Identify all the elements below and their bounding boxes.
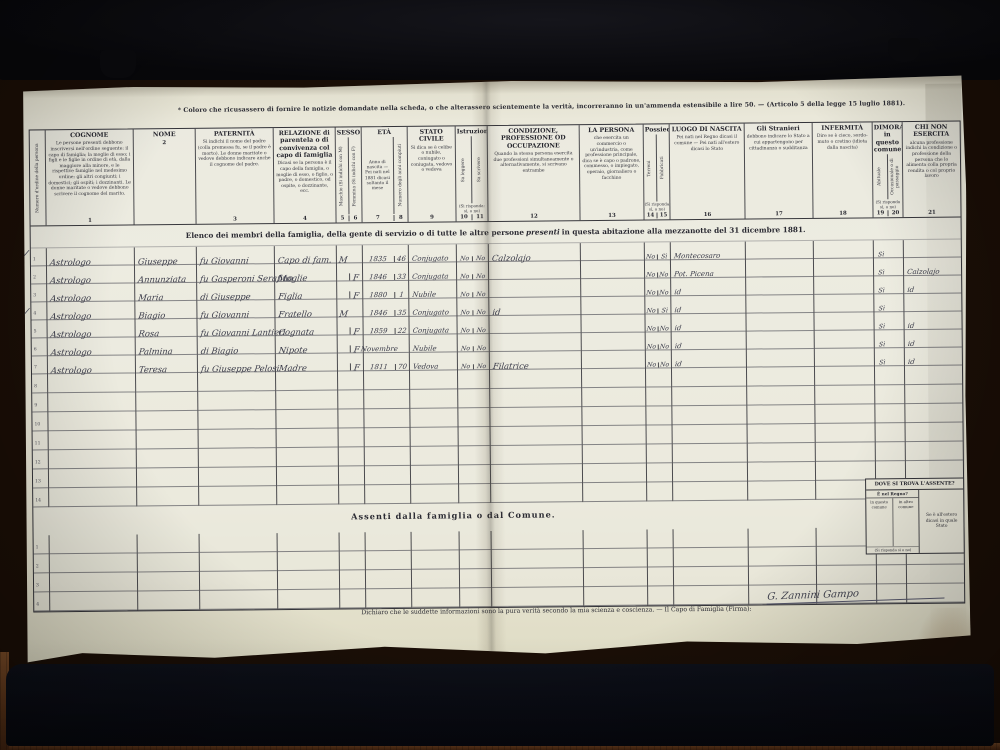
row-number: 7 [34, 367, 37, 372]
handwritten-paternita: di Biagio [197, 346, 239, 355]
dimora-sub-cell: Sì [875, 342, 889, 347]
cell-nome: Annunziata [135, 265, 196, 284]
cell-nome [138, 553, 199, 573]
cell-stato [411, 446, 458, 465]
cell-sesso: F [337, 263, 362, 281]
cell-sesso [340, 532, 365, 551]
handwritten-luogo: id [671, 325, 682, 332]
cell-chinon [906, 423, 963, 443]
cell-possiede: NoNo [646, 332, 671, 350]
handwritten-nome: Biagio [135, 311, 166, 320]
cell-stranieri [748, 462, 815, 482]
cell-stranieri [748, 424, 815, 444]
possiede-sub-number: 15 [656, 212, 669, 218]
cell-persona [583, 426, 646, 446]
cell-eta [364, 371, 409, 390]
cell-relazione: Nipote [276, 336, 337, 355]
cell-paternita [198, 372, 275, 392]
header-luogo: LUOGO DI NASCITAPei nati nel Regno dicas… [670, 124, 746, 220]
cell-eta [365, 428, 410, 447]
cell-persona [584, 530, 647, 550]
cognome-column-number: 1 [47, 216, 134, 225]
handwritten-scrive: No [477, 364, 487, 370]
list-caption-post: in questa abitazione alla mezzanotte del… [562, 225, 806, 236]
dimora-sub-cell: Sì [875, 324, 889, 329]
absent-box-sub-left: in questo comune [866, 498, 892, 546]
sesso-sub: Femmina (Si indichi con F) [348, 138, 362, 215]
handwritten-luogo: Montecosaro [671, 253, 721, 260]
row-number: 4 [36, 604, 39, 609]
possiede-sub-cell: No [658, 362, 671, 367]
handwritten-paternita: fu Giovanni [197, 310, 250, 319]
row-number-column-label: Numero d'ordine della persona [35, 143, 41, 212]
sesso-sub-label: Femmina (Si indichi con F) [352, 146, 358, 206]
handwritten-luogo: id [672, 361, 683, 368]
cell-luogo: id [672, 332, 746, 351]
handwritten-fabbricati: No [659, 272, 669, 278]
column-dimora: SìSìSìSìSìSìSì [874, 240, 906, 499]
cell-eta [364, 409, 409, 428]
possiede-sub-label: Fabbricati [660, 157, 665, 180]
cell-paternita: fu Gasperoni Serafino [197, 264, 274, 283]
handwritten-chinon: Calzolajo [904, 269, 940, 276]
handwritten-nome: Palmina [135, 347, 173, 356]
absent-column-num: 1234 [34, 535, 51, 611]
absent-column-paternita [200, 533, 279, 610]
luogo-column-number: 16 [670, 211, 744, 220]
cell-dimora [876, 442, 905, 461]
handwritten-fabbricati: No [659, 290, 669, 296]
cell-cognome [50, 591, 137, 611]
cell-relazione [277, 467, 338, 487]
cell-possiede [647, 463, 672, 482]
cell-possiede [647, 482, 672, 501]
handwritten-scrive: No [476, 346, 486, 352]
relazione-number: 4 [275, 216, 336, 223]
cell-stranieri [747, 367, 814, 387]
handwritten-fabbricati: No [660, 362, 670, 368]
stato-number: 9 [408, 214, 455, 220]
cell-stranieri [748, 481, 815, 501]
cell-num: 7 [32, 356, 47, 374]
cell-stato [411, 484, 458, 503]
cell-sesso [340, 589, 365, 608]
cell-relazione [277, 486, 338, 506]
cell-eta [364, 390, 409, 409]
cell-paternita [199, 448, 276, 468]
cell-eta: Novembre [364, 335, 409, 353]
handwritten-legge: No [459, 256, 469, 262]
cell-stato: Conjugata [409, 262, 456, 280]
cell-stato [412, 569, 459, 588]
handwritten-scrive: No [476, 310, 486, 316]
istruzione-sub-cell: No [458, 364, 473, 369]
eta-subcolumns: Anno di nascita — Pei nati nel 1881 dica… [362, 137, 408, 214]
cell-infermita [815, 404, 874, 424]
cell-eta [366, 551, 411, 570]
absent-column-eta [366, 532, 413, 608]
handwritten-sesso_f: F [353, 327, 360, 335]
cell-stranieri [747, 331, 814, 350]
possiede-sub-cell: Sì [657, 254, 670, 259]
cell-persona [582, 407, 645, 427]
relazione-desc: Dicasi se la persona è il capo della fam… [274, 160, 336, 215]
cell-stato [410, 370, 457, 389]
handwritten-condizione: Calzolajo [488, 253, 531, 262]
header-num: Numero d'ordine della persona [30, 130, 47, 225]
paternita-number: 3 [197, 216, 274, 223]
handwritten-cognome: Astrologo [46, 257, 91, 266]
possiede-sub-number: 14 [644, 212, 656, 218]
handwritten-cognome: Astrologo [47, 347, 92, 356]
cell-eta: 183546 [363, 245, 408, 263]
cell-stato [411, 427, 458, 446]
cell-infermita [814, 312, 873, 331]
cell-sesso [338, 371, 363, 390]
header-cognome: COGNOMELe persone presenti debbono inscr… [46, 129, 135, 225]
header-sesso: SESSOMaschio (Si indichi con M)Femmina (… [336, 127, 363, 222]
cell-dimora [877, 565, 906, 584]
census-sheet: * Coloro che ricusassero di fornire le n… [20, 75, 971, 666]
cell-luogo [674, 586, 748, 606]
eta-sub-cell: 1846 [363, 310, 394, 316]
handwritten-legge: No [460, 346, 470, 352]
eta-sub-cell: 1811 [364, 364, 395, 370]
possiede-sub-cell: No [657, 290, 670, 295]
cell-sesso: F [338, 353, 363, 371]
cell-stranieri [747, 349, 814, 368]
eta-sub-cell: 1859 [364, 328, 395, 334]
header-relazione: RELAZIONE di parentela o di convivenza c… [274, 128, 337, 224]
sesso-sub-cell: M [337, 309, 349, 317]
cell-stranieri [746, 241, 813, 260]
cell-dimora: Sì [874, 240, 903, 258]
row-number: 5 [34, 331, 37, 336]
cell-nome: Biagio [135, 301, 196, 320]
absent-box-body: È nel Regno? in questo comune in altro c… [866, 490, 964, 554]
cell-cognome [50, 572, 137, 592]
sesso-sub-cell: F [349, 273, 362, 281]
cell-cognome [48, 373, 135, 393]
cell-stato [411, 465, 458, 484]
cell-possiede: NoNo [645, 278, 670, 296]
cell-possiede: NoNo [645, 314, 670, 332]
possiede-sub-cell: No [646, 326, 658, 331]
cell-sesso [339, 428, 364, 447]
istruzione-sub-number: 10 [456, 214, 471, 220]
cell-sesso [340, 551, 365, 570]
eta-sub-number: 8 [393, 215, 407, 221]
paternita-desc: Si indichi il nome del padre (colla prem… [196, 138, 274, 215]
absent-box-regno: È nel Regno? in questo comune in altro c… [866, 490, 920, 554]
handwritten-anni: 22 [397, 328, 407, 335]
handwritten-dim_ab: Sì [878, 306, 885, 312]
cell-paternita [198, 410, 275, 430]
handwritten-nome: Teresa [135, 365, 167, 374]
handwritten-paternita: di Giuseppe [197, 292, 251, 301]
handwritten-terreni: No [646, 272, 656, 278]
cell-nome [137, 487, 198, 507]
handwritten-cognome: Astrologo [47, 293, 92, 302]
cell-eta [366, 589, 411, 608]
absent-section-title: Assenti dalla famiglia o dal Comune. [33, 506, 873, 524]
handwritten-terreni: No [647, 344, 657, 350]
row-number: 1 [36, 547, 39, 552]
cell-luogo: id [672, 350, 746, 369]
cell-paternita: fu Giuseppe Pelosi [198, 354, 275, 373]
cell-dimora: Sì [875, 330, 904, 348]
list-caption-em: presenti [524, 227, 562, 236]
cell-relazione: Moglie [275, 264, 336, 283]
cell-cognome: Astrologo [47, 265, 134, 284]
cell-num: 1 [34, 535, 49, 554]
handwritten-nome: Maria [135, 293, 164, 302]
handwritten-anno: Novembre [360, 346, 398, 353]
chinon-number: 21 [903, 210, 960, 217]
eta-sub-cell: 35 [394, 310, 408, 316]
cell-eta: 184633 [363, 263, 408, 281]
eta-sub-cell: 1 [394, 292, 408, 298]
cell-paternita [200, 571, 277, 591]
cell-nome [137, 430, 198, 450]
handwritten-dim_ab: Sì [878, 342, 885, 348]
cell-sesso [339, 447, 364, 466]
handwritten-chinon: id [904, 341, 915, 348]
sesso-sub-cell: F [350, 327, 363, 335]
cell-num: 1 [31, 248, 46, 266]
row-number: 2 [33, 277, 36, 282]
cell-paternita: di Giuseppe [197, 282, 274, 301]
cell-nome [138, 572, 199, 592]
cell-possiede [646, 406, 671, 425]
eta-label: ETÀ [362, 127, 407, 138]
handwritten-dim_ab: Sì [878, 360, 885, 366]
handwritten-fabbricati: Sì [660, 254, 667, 260]
luogo-label: LUOGO DI NASCITA [670, 124, 744, 135]
cell-num: 8 [32, 374, 47, 393]
chinon-column-number: 21 [903, 209, 960, 218]
paternita-label: PATERNITÀ [196, 128, 273, 139]
cell-dimora: Sì [874, 276, 903, 294]
istruzione-sub-cell: No [457, 256, 472, 261]
cell-num: 11 [33, 431, 48, 450]
cell-chinon [905, 366, 962, 386]
cell-paternita [199, 486, 276, 506]
cell-persona [582, 388, 645, 408]
sesso-sub-number: 5 [337, 215, 349, 221]
absent-column-luogo [674, 529, 750, 606]
column-cognome: AstrologoAstrologoAstrologoAstrologoAstr… [47, 247, 137, 507]
header-paternita: PATERNITÀSi indichi il nome del padre (c… [196, 128, 275, 224]
eta-sub-cell: 1835 [363, 256, 394, 262]
dimora-sub-number: 19 [873, 210, 887, 216]
cell-persona [583, 445, 646, 465]
possiede-column-number: 1415 [644, 211, 669, 219]
cell-relazione: Cognata [275, 318, 336, 337]
cell-stranieri [749, 547, 816, 567]
row-number: 2 [36, 566, 39, 571]
cell-eta: 181170 [364, 353, 409, 371]
dimora-sub-label: Occasionale o di passaggio [890, 154, 901, 199]
dimora-sub-cell: Sì [874, 288, 888, 293]
column-stranieri [746, 241, 816, 501]
paper-fold-crease [471, 80, 507, 662]
row-number: 9 [34, 405, 37, 410]
handwritten-condizione: id [489, 308, 501, 317]
handwritten-anni: 46 [396, 256, 406, 263]
cognome-desc: Le persone presenti debbono inscriversi … [46, 140, 134, 218]
handwritten-stato: Conjugata [409, 273, 449, 280]
row-number: 11 [35, 443, 41, 448]
dimora-subcolumns: AbitualeOccasionale o di passaggio [873, 154, 902, 199]
dark-cover-top [0, 0, 1000, 80]
dimora-label: DIMORA in questo comune [873, 122, 902, 155]
handwritten-legge: No [461, 364, 471, 370]
handwritten-cognome: Astrologo [47, 365, 92, 374]
header-stato: STATO CIVILESi dica se è celibe o nubile… [408, 126, 457, 221]
cell-infermita [815, 348, 874, 367]
cell-eta: 18801 [363, 281, 408, 299]
cell-luogo [674, 529, 748, 549]
eta-sub: Numero degli anni compiuti [392, 137, 407, 214]
eta-sub-cell: 70 [395, 364, 409, 370]
istruzione-sub-cell: No [457, 310, 472, 315]
cell-num: 6 [32, 338, 47, 356]
cell-cognome: Astrologo [48, 337, 135, 356]
penalty-note: * Coloro che ricusassero di fornire le n… [150, 100, 932, 115]
possiede-sub-cell: No [645, 254, 657, 259]
handwritten-sesso_f: F [354, 363, 361, 371]
column-possiede: NoSìNoNoNoNoNoSìNoNoNoNoNoNo [645, 242, 673, 501]
luogo-desc: Pei nati nel Regno dicasi il comune — Pe… [670, 134, 745, 211]
dimora-sub-label: Abituale [878, 168, 883, 187]
handwritten-legge: No [460, 310, 470, 316]
cell-cognome [50, 534, 137, 554]
cell-luogo [673, 425, 747, 445]
cell-stranieri [746, 277, 813, 296]
cell-chinon [907, 565, 964, 585]
eta-sub: Anno di nascita — Pei nati nel 1881 dica… [362, 137, 393, 214]
cell-infermita [815, 385, 874, 405]
cell-nome [136, 373, 197, 393]
cell-stato [410, 408, 457, 427]
cell-eta [365, 466, 410, 485]
relazione-label: RELAZIONE di parentela o di convivenza c… [274, 128, 335, 161]
cell-chinon [906, 442, 963, 462]
header-eta: ETÀAnno di nascita — Pei nati nel 1881 d… [362, 127, 409, 222]
cell-possiede: NoSì [645, 242, 670, 260]
cell-relazione [276, 410, 337, 430]
cell-luogo: id [671, 314, 745, 333]
cell-sesso [338, 409, 363, 428]
handwritten-paternita: fu Giuseppe Pelosi [197, 364, 279, 373]
cell-stato [410, 389, 457, 408]
cell-num: 10 [32, 412, 47, 431]
header-stranieri: Gli Stranieridebbono indicare lo Stato a… [745, 123, 814, 219]
cell-dimora [875, 404, 904, 423]
eta-sub-cell: Novembre [364, 346, 395, 352]
absent-column-nome [138, 534, 201, 611]
header-nome: NOME2 [134, 129, 197, 225]
infermita-label: INFERMITÀ [813, 122, 872, 133]
cell-stato [412, 588, 459, 607]
handwritten-fabbricati: No [660, 326, 670, 332]
cell-paternita: fu Giovanni [197, 300, 274, 319]
eta-sub-cell: 46 [394, 256, 408, 262]
possiede-sub-cell: No [658, 326, 671, 331]
cell-num: 9 [32, 393, 47, 412]
cell-stato: Nubile [410, 334, 457, 352]
handwritten-nome: Rosa [135, 329, 160, 338]
row-number: 3 [36, 585, 39, 590]
handwritten-anni: 33 [397, 274, 407, 281]
column-stato: ConjugatoConjugataNubileConjugatoConjuga… [409, 244, 459, 503]
column-luogo: MontecosaroPot. Picenaididididid [671, 242, 748, 502]
cell-cognome [48, 392, 135, 412]
cell-infermita [814, 240, 873, 259]
infermita-column-number: 18 [813, 209, 872, 218]
handwritten-cognome: Astrologo [47, 275, 92, 284]
possiede-sub-cell: No [658, 344, 671, 349]
cell-paternita [200, 533, 277, 553]
row-number: 12 [35, 462, 41, 467]
eta-column-number: 78 [362, 214, 407, 222]
sesso-sub-cell: M [337, 255, 349, 263]
handwritten-relazione: Madre [275, 363, 307, 372]
dimora-sub-cell: Sì [874, 252, 888, 257]
infermita-number: 18 [813, 210, 872, 217]
cell-num: 4 [31, 302, 46, 320]
stranieri-number: 17 [745, 211, 812, 218]
handwritten-scrive: No [476, 274, 486, 280]
cell-cognome [50, 553, 137, 573]
handwritten-sesso_m: M [339, 309, 349, 317]
cell-relazione [278, 533, 339, 553]
cell-paternita [200, 552, 277, 572]
istruzione-sub: Sa leggere [456, 137, 472, 204]
cell-relazione [278, 552, 339, 572]
cell-num: 3 [34, 573, 49, 592]
cell-persona [584, 568, 647, 588]
cell-paternita [199, 429, 276, 449]
cell-infermita [816, 423, 875, 443]
tally-mark: / [23, 305, 30, 319]
handwritten-terreni: No [646, 254, 656, 260]
row-number: 1 [33, 259, 36, 264]
possiede-sub-cell: No [657, 272, 670, 277]
cell-infermita [814, 258, 873, 277]
cell-persona [581, 243, 644, 262]
handwritten-scrive: No [475, 256, 485, 262]
cell-nome [136, 392, 197, 412]
handwritten-sesso_f: F [353, 291, 360, 299]
cell-dimora [875, 385, 904, 404]
cell-infermita [814, 276, 873, 295]
cell-luogo [674, 548, 748, 568]
handwritten-anno: 1846 [369, 274, 388, 281]
header-chinon: CHI NON ESERCITAalcuna professione indic… [903, 122, 961, 218]
cell-relazione: Madre [276, 354, 337, 373]
stato-label: STATO CIVILE [408, 126, 455, 144]
absent-column-persona [584, 530, 649, 607]
handwritten-anno: 1880 [369, 292, 388, 299]
handwritten-relazione: Capo di fam. [274, 255, 332, 264]
cell-infermita [815, 330, 874, 349]
handwritten-sesso_f: F [353, 345, 360, 353]
handwritten-terreni: No [647, 308, 657, 314]
absent-column-cognome [50, 534, 139, 611]
cell-stranieri [746, 295, 813, 314]
